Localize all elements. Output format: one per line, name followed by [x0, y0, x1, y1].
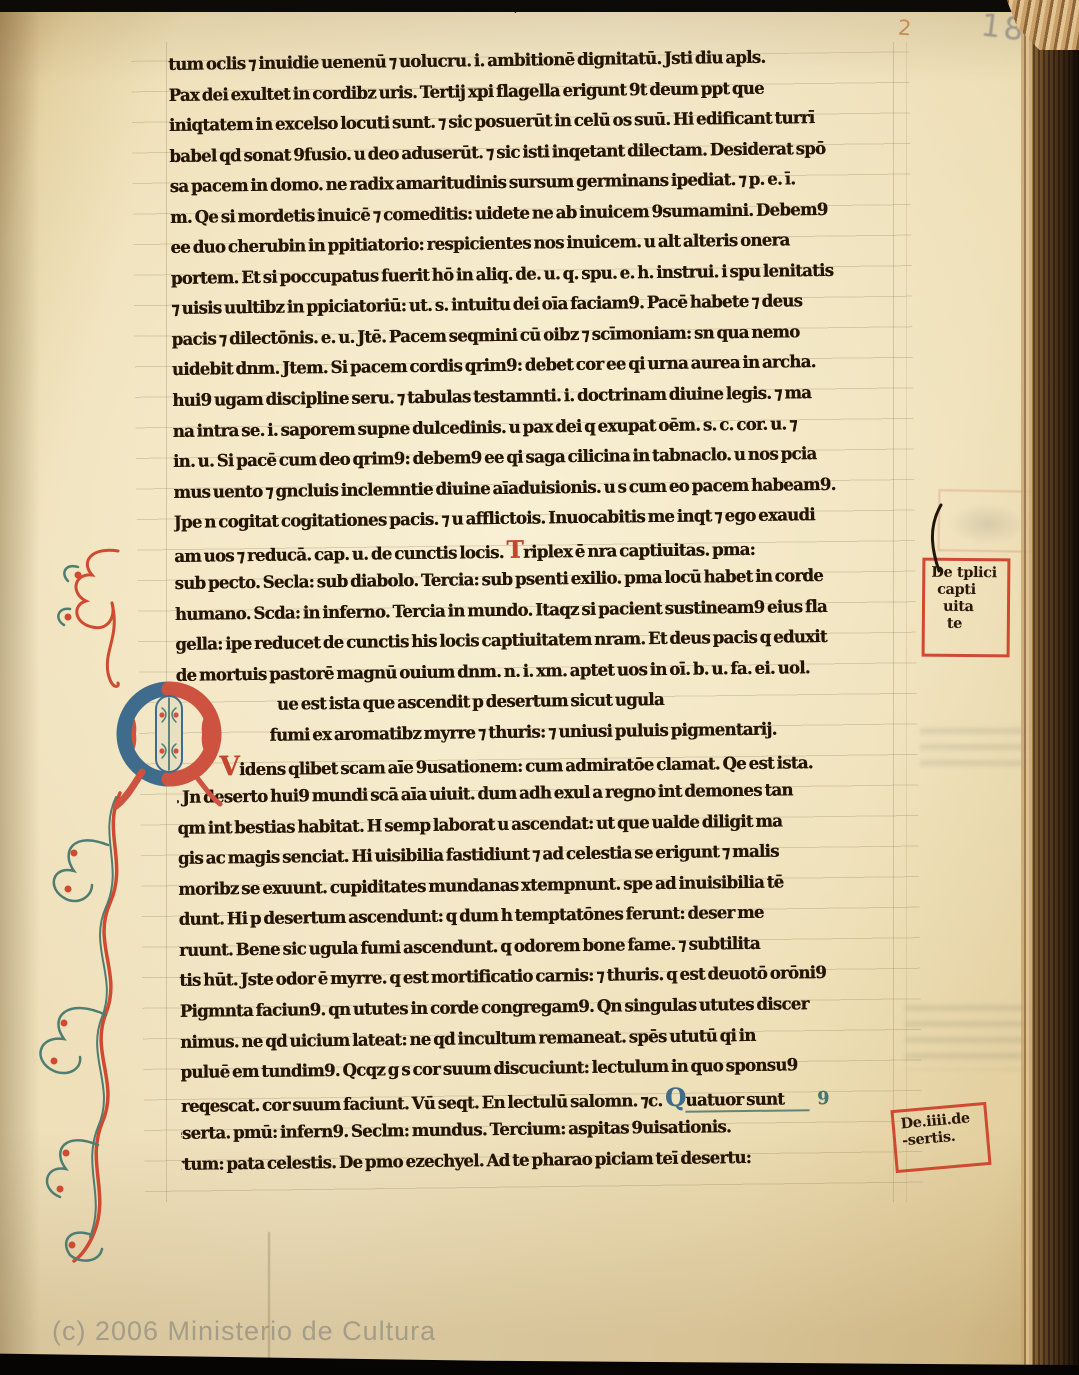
line-text: riplex ē nra captiuitas. pma:: [523, 540, 755, 563]
rubricated-initial-t: T: [506, 534, 523, 563]
show-through-smudge: [920, 728, 1030, 768]
show-through-smudge: [905, 1005, 1030, 1070]
ink-stroke: [915, 503, 955, 575]
parchment-crease: [268, 1232, 270, 1372]
paragraph-mark: 9: [817, 1088, 829, 1109]
folio-number-ink: 2: [897, 16, 912, 41]
rubric-text: capti: [931, 581, 1003, 599]
decorated-initial-q: [112, 680, 228, 810]
rubric-text: uita: [931, 598, 1003, 616]
line-text: uatuor sunt: [685, 1089, 809, 1113]
text-block: tum oclis ⁊ inuidie uenenū ⁊ uolucru. i.…: [168, 41, 922, 1200]
copyright-watermark: (c) 2006 Ministerio de Cultura: [52, 1316, 436, 1347]
manuscript-photo: tum oclis ⁊ inuidie uenenū ⁊ uolucru. i.…: [0, 0, 1079, 1375]
line-text: am uos ⁊ reducā. cap. u. de cunctis loci…: [174, 543, 506, 567]
photo-top-border: [0, 0, 1079, 12]
book-fore-edge: [1033, 0, 1079, 1375]
rubricated-initial-q: Q: [665, 1082, 686, 1111]
rubric-text: te: [931, 615, 1003, 633]
line-text: reqescat. cor suum faciunt. Vū seqt. En …: [181, 1091, 665, 1117]
binding-gutter: [0, 0, 40, 1375]
rubric-box-desertis: De.iiii.de -sertis.: [890, 1102, 991, 1173]
